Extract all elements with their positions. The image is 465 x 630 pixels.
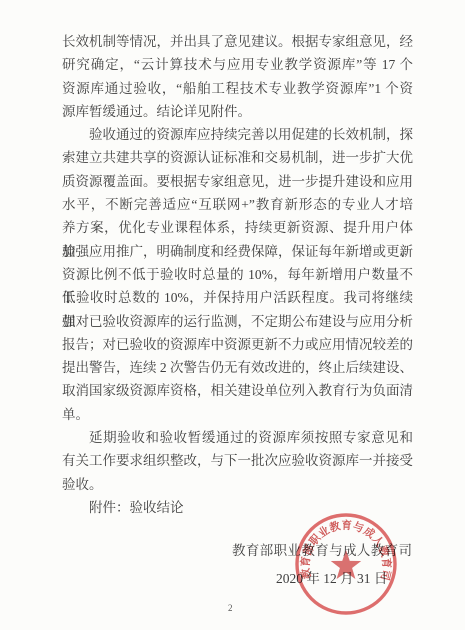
official-seal: 教育部职业教育与成人教育司 (292, 510, 400, 618)
document-page: 长效机制等情况，并出具了意见建议。根据专家组意见，经 研究确定，“云计算技术与应… (0, 0, 465, 630)
body-line: 养方案，优化专业课程体系，持续更新资源、提升用户体验、 (62, 216, 413, 239)
body-line: 延期验收和验收暂缓通过的资源库须按照专家意见和 (62, 426, 413, 449)
seal-ring (297, 515, 395, 613)
body-line: 附件：验收结论 (62, 496, 413, 519)
body-line: 水平，不断完善适应“互联网+”教育新形态的专业人才培 (62, 193, 413, 216)
body-line: 提出警告，连续 2 次警告仍无有效改进的，终止后续建设、 (62, 356, 413, 379)
body-line: 单。 (62, 403, 413, 426)
body-line: 加强应用推广，明确制度和经费保障，保证每年新增或更新 (62, 240, 413, 263)
body-line: 质资源覆盖面。要根据专家组意见，进一步提升建设和应用 (62, 170, 413, 193)
body-line: 取消国家级资源库资格，相关建设单位列入教育行为负面清 (62, 379, 413, 402)
body-line: 资源比例不低于验收时总量的 10%，每年新增用户数量不低 (62, 263, 413, 286)
body-line: 研究确定，“云计算技术与应用专业教学资源库”等 17 个 (62, 53, 413, 76)
body-line: 验收。 (62, 473, 413, 496)
document-body: 长效机制等情况，并出具了意见建议。根据专家组意见，经 研究确定，“云计算技术与应… (62, 30, 413, 519)
body-line: 资源库通过验收，“船舶工程技术专业教学资源库”1 个资 (62, 77, 413, 100)
page-number: 2 (228, 603, 233, 613)
body-line: 报告；对已验收的资源库中资源更新不力或应用情况较差的 (62, 333, 413, 356)
body-line: 验收通过的资源库应持续完善以用促建的长效机制，探 (62, 123, 413, 146)
signature-date: 2020 年 12 月 31 日 (276, 571, 381, 586)
body-line: 长效机制等情况，并出具了意见建议。根据专家组意见，经 (62, 30, 413, 53)
body-line: 源库暂缓通过。结论详见附件。 (62, 100, 413, 123)
body-line: 有关工作要求组织整改，与下一批次应验收资源库一并接受 (62, 449, 413, 472)
body-line: 索建立共建共享的资源认证标准和交易机制，进一步扩大优 (62, 146, 413, 169)
signature-agency: 教育部职业教育与成人教育司 (232, 543, 412, 558)
body-line: 强对已验收资源库的运行监测，不定期公布建设与应用分析 (62, 310, 413, 333)
body-line: 于验收时总数的 10%，并保持用户活跃程度。我司将继续加 (62, 286, 413, 309)
